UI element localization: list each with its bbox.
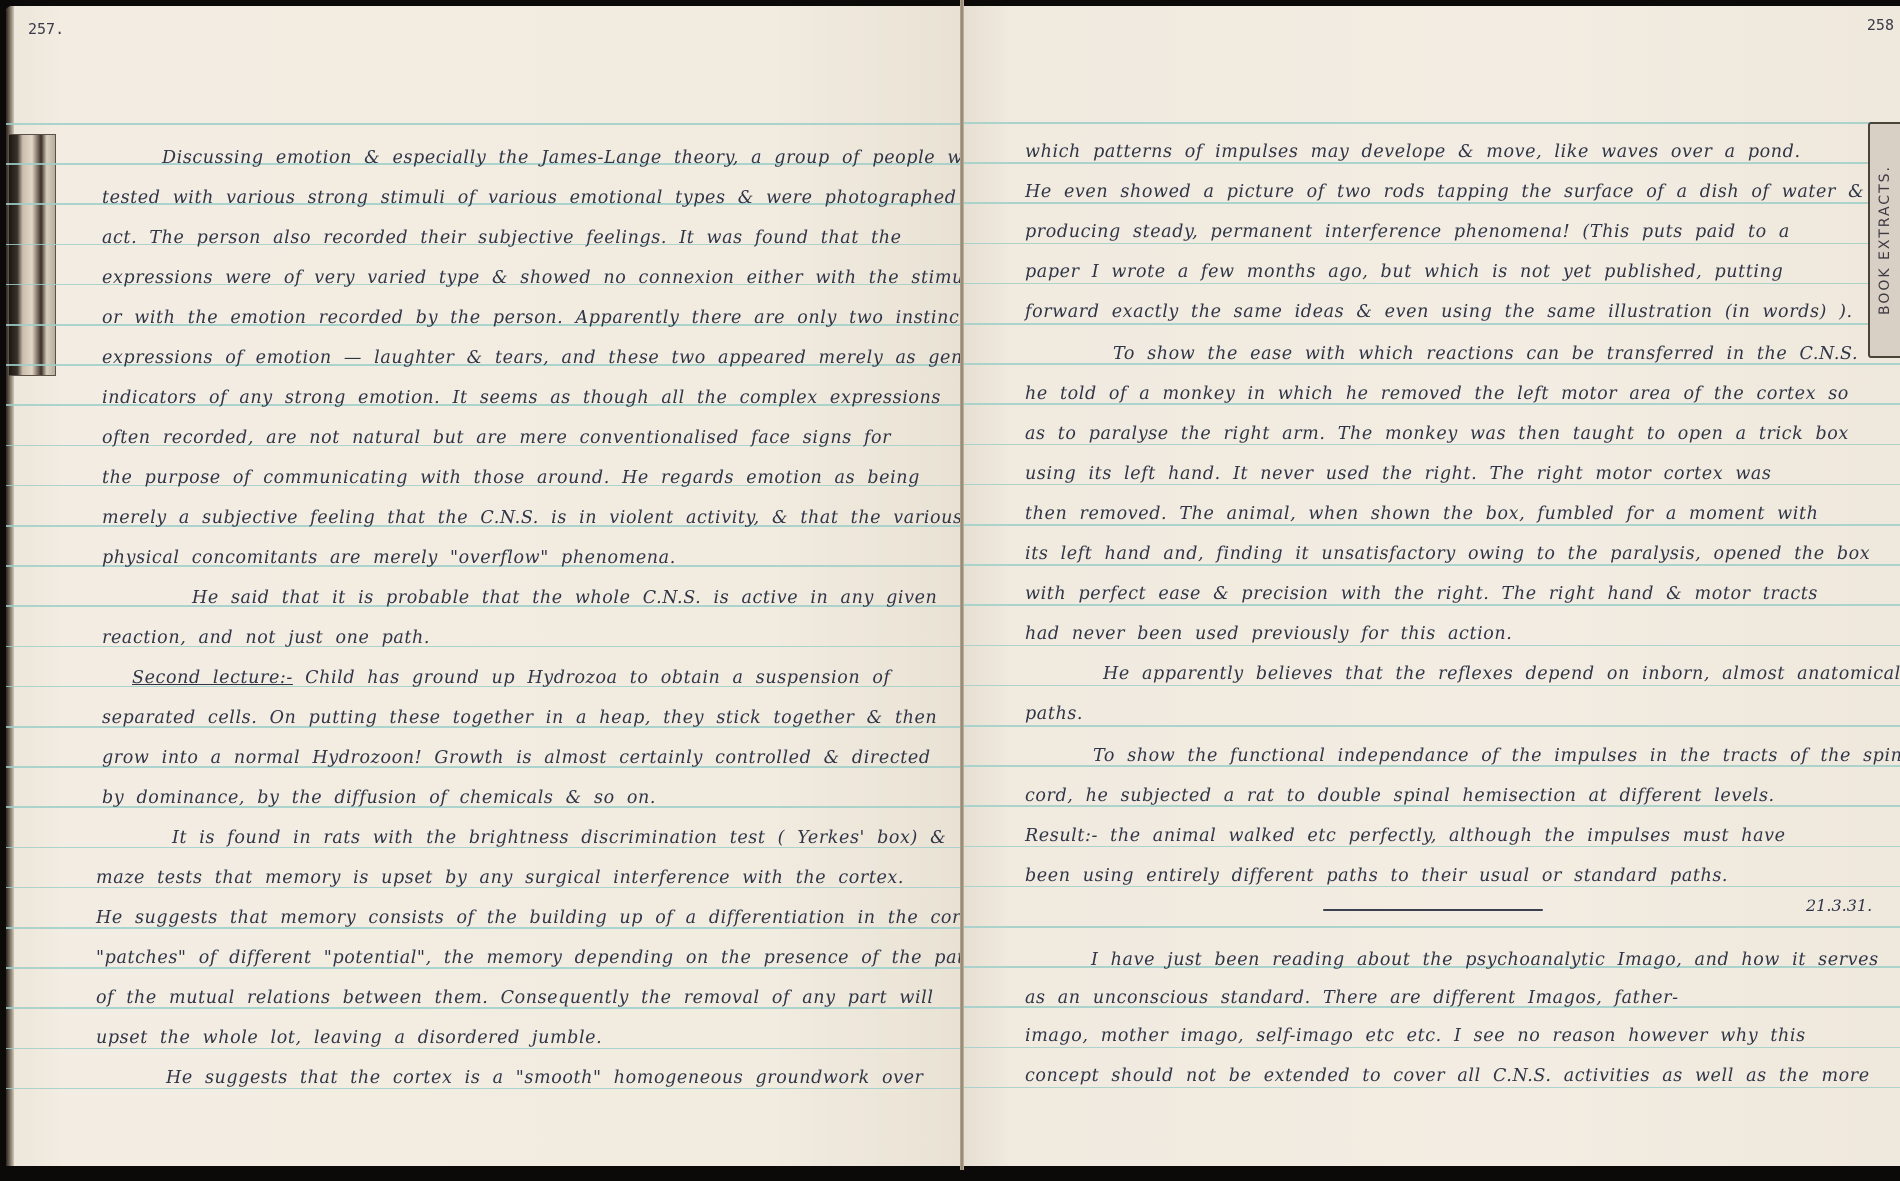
ruled-line [963, 1087, 1900, 1089]
text-line: cord, he subjected a rat to double spina… [1025, 786, 1775, 806]
ruled-line [963, 484, 1900, 486]
text-line: had never been used previously for this … [1025, 624, 1512, 644]
text-line: tested with various strong stimuli of va… [102, 188, 962, 208]
left-page: 257. Discussing emotion & especially the… [6, 6, 962, 1166]
text-line: Discussing emotion & especially the Jame… [162, 148, 962, 168]
section-divider [1323, 909, 1543, 911]
text-line: often recorded, are not natural but are … [102, 428, 891, 448]
right-page: 258 which patterns of impulses may devel… [963, 6, 1900, 1166]
text-line: forward exactly the same ideas & even us… [1025, 302, 1853, 322]
text-line: He said that it is probable that the who… [192, 588, 937, 608]
text-line: I have just been reading about the psych… [1091, 950, 1879, 970]
ruled-line [963, 645, 1900, 647]
text-line: with perfect ease & precision with the r… [1025, 584, 1818, 604]
text-line: To show the ease with which reactions ca… [1113, 344, 1858, 364]
text-line: reaction, and not just one path. [102, 628, 430, 648]
ruled-line [963, 886, 1900, 888]
text-line: he told of a monkey in which he removed … [1025, 384, 1849, 404]
text-line: its left hand and, finding it unsatisfac… [1025, 544, 1870, 564]
text-line: indicators of any strong emotion. It see… [102, 388, 941, 408]
text-line: He apparently believes that the reflexes… [1103, 664, 1900, 684]
book-extracts-tab[interactable]: BOOK EXTRACTS. [1868, 122, 1900, 358]
text-line: or with the emotion recorded by the pers… [102, 308, 962, 328]
page-number-right: 258 [1867, 16, 1894, 34]
ruled-line [963, 685, 1900, 687]
ruled-line [963, 122, 1900, 124]
ruled-line [963, 725, 1900, 727]
text-line: grow into a normal Hydrozoon! Growth is … [102, 748, 931, 768]
text-line: concept should not be extended to cover … [1025, 1066, 1870, 1086]
ruled-line [963, 283, 1900, 285]
ruled-line [963, 243, 1900, 245]
text-line: been using entirely different paths to t… [1025, 866, 1728, 886]
text-line: "patches" of different "potential", the … [96, 948, 962, 968]
text-line: He suggests that the cortex is a "smooth… [166, 1068, 924, 1088]
text-line: producing steady, permanent interference… [1025, 222, 1790, 242]
text-line: then removed. The animal, when shown the… [1025, 504, 1818, 524]
book-spine [960, 0, 964, 1170]
text-line: separated cells. On putting these togeth… [102, 708, 937, 728]
page-number-left: 257. [28, 20, 64, 38]
text-line: It is found in rats with the brightness … [172, 828, 946, 848]
binding-strip [8, 134, 56, 376]
text-line: expressions were of very varied type & s… [102, 268, 962, 288]
text-line: using its left hand. It never used the r… [1025, 464, 1772, 484]
text-line: the purpose of communicating with those … [102, 468, 920, 488]
ruled-line [963, 524, 1900, 526]
ruled-line [963, 162, 1900, 164]
text-line: expressions of emotion — laughter & tear… [102, 348, 962, 368]
ruled-line [963, 202, 1900, 204]
text-line: of the mutual relations between them. Co… [96, 988, 934, 1008]
text-line: To show the functional independance of t… [1093, 746, 1900, 766]
text-line: imago, mother imago, self-imago etc etc.… [1025, 1026, 1806, 1046]
entry-date: 21.3.31. [1806, 896, 1872, 915]
text-line: He even showed a picture of two rods tap… [1025, 182, 1864, 202]
ruled-line [6, 1088, 962, 1090]
text-line: which patterns of impulses may develope … [1025, 142, 1801, 162]
ruled-line [963, 926, 1900, 928]
text-line: as an unconscious standard. There are di… [1025, 988, 1679, 1008]
section-heading: Second lecture:- [132, 668, 293, 688]
text-line: act. The person also recorded their subj… [102, 228, 902, 248]
text-line: paths. [1025, 704, 1083, 724]
text-line: as to paralyse the right arm. The monkey… [1025, 424, 1849, 444]
ruled-line [963, 323, 1900, 325]
text-line: by dominance, by the diffusion of chemic… [102, 788, 656, 808]
ruled-line [963, 1047, 1900, 1049]
text-line: He suggests that memory consists of the … [96, 908, 962, 928]
text-line: merely a subjective feeling that the C.N… [102, 508, 962, 528]
ruled-line [6, 123, 962, 125]
text-line: upset the whole lot, leaving a disordere… [96, 1028, 602, 1048]
text-line: Second lecture:- Child has ground up Hyd… [132, 668, 891, 688]
text-line: Result:- the animal walked etc perfectly… [1025, 826, 1786, 846]
tab-label: BOOK EXTRACTS. [1877, 165, 1893, 315]
text-line: paper I wrote a few months ago, but whic… [1025, 262, 1783, 282]
ruled-line [963, 564, 1900, 566]
text-line: maze tests that memory is upset by any s… [96, 868, 904, 888]
text-line: physical concomitants are merely "overfl… [102, 548, 676, 568]
ruled-line [963, 604, 1900, 606]
